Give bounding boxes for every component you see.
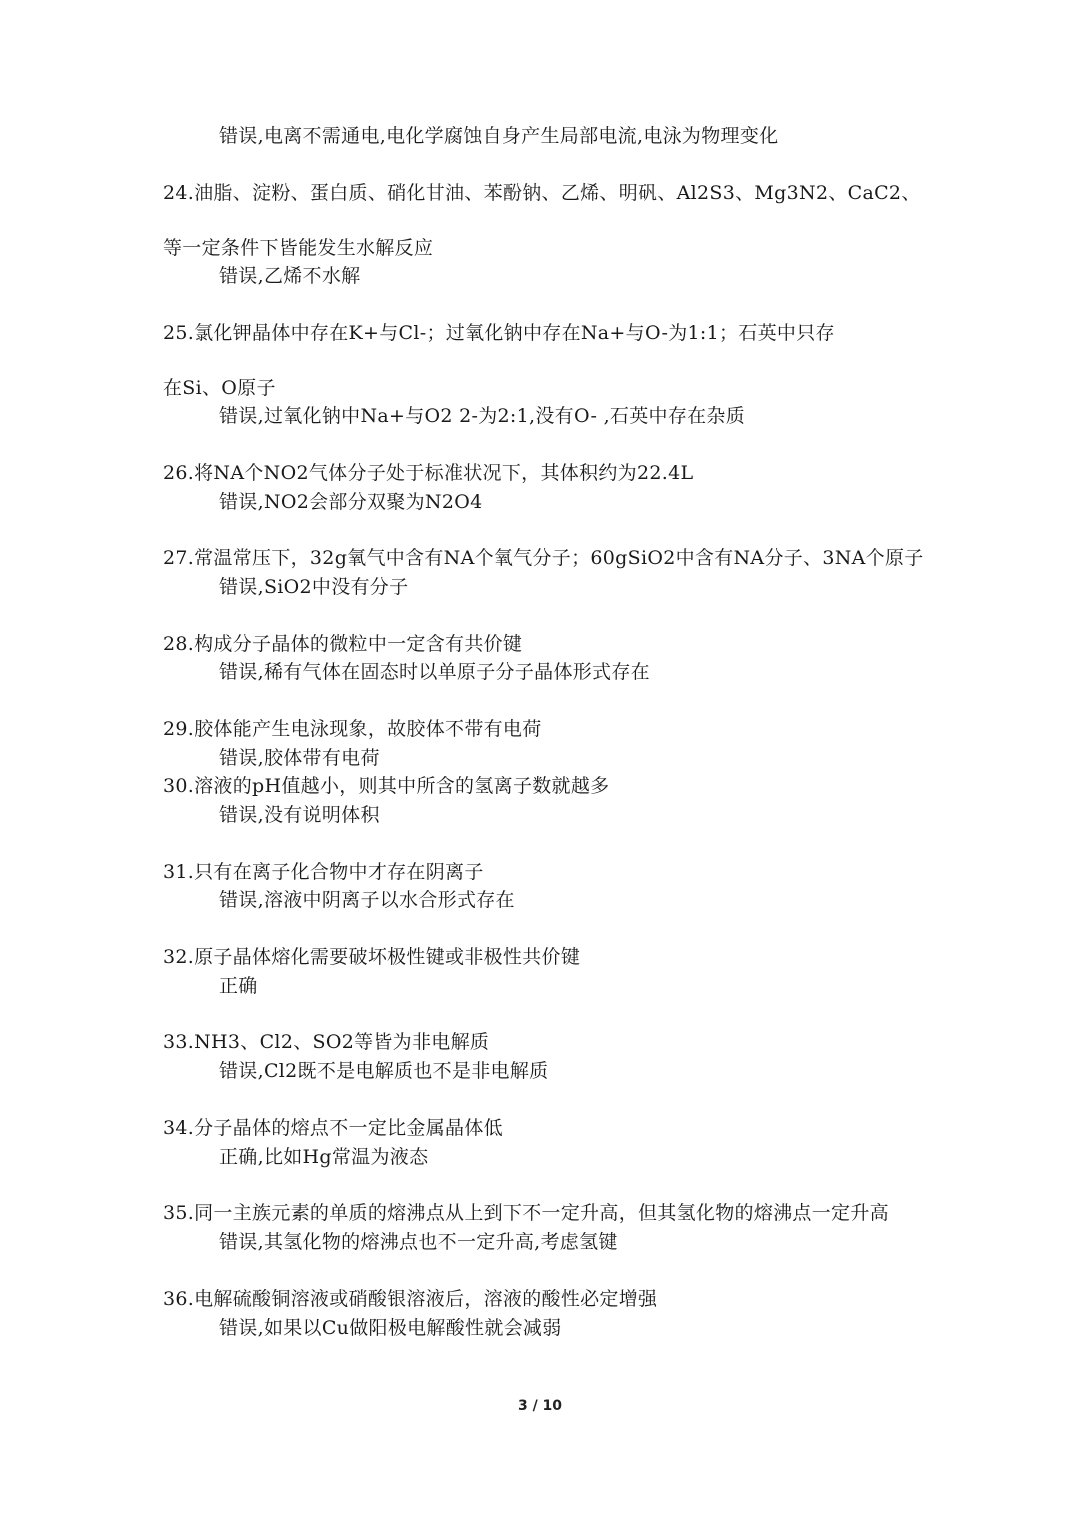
question-line: 32.原子晶体熔化需要破坏极性键或非极性共价键 (163, 945, 580, 969)
question-line: 25.氯化钾晶体中存在K+与Cl-；过氧化钠中存在Na+与O-为1:1；石英中只… (163, 321, 835, 345)
answer-line: 正确,比如Hg常温为液态 (219, 1145, 428, 1169)
answer-line: 错误,其氢化物的熔沸点也不一定升高,考虑氢键 (219, 1230, 618, 1254)
question-line: 35.同一主族元素的单质的熔沸点从上到下不一定升高，但其氢化物的熔沸点一定升高 (163, 1201, 889, 1225)
question-line: 28.构成分子晶体的微粒中一定含有共价键 (163, 632, 522, 656)
question-line: 等一定条件下皆能发生水解反应 (163, 236, 433, 260)
answer-line: 错误,如果以Cu做阳极电解酸性就会减弱 (219, 1316, 562, 1340)
question-line: 26.将NA个NO2气体分子处于标准状况下，其体积约为22.4L (163, 461, 693, 485)
answer-line: 错误,胶体带有电荷 (219, 746, 380, 770)
answer-line: 错误,电离不需通电,电化学腐蚀自身产生局部电流,电泳为物理变化 (219, 124, 778, 148)
answer-line: 错误,SiO2中没有分子 (219, 575, 408, 599)
answer-line: 错误,稀有气体在固态时以单原子分子晶体形式存在 (219, 660, 650, 684)
answer-line: 正确 (219, 974, 258, 998)
answer-line: 错误,NO2会部分双聚为N2O4 (219, 490, 483, 514)
answer-line: 错误,Cl2既不是电解质也不是非电解质 (219, 1059, 548, 1083)
document-page: 错误,电离不需通电,电化学腐蚀自身产生局部电流,电泳为物理变化24.油脂、淀粉、… (0, 0, 1080, 1528)
question-line: 36.电解硫酸铜溶液或硝酸银溶液后，溶液的酸性必定增强 (163, 1287, 657, 1311)
question-line: 27.常温常压下，32g氧气中含有NA个氧气分子；60gSiO2中含有NA分子、… (163, 546, 924, 570)
question-line: 34.分子晶体的熔点不一定比金属晶体低 (163, 1116, 503, 1140)
question-line: 30.溶液的pH值越小，则其中所含的氢离子数就越多 (163, 774, 609, 798)
answer-line: 错误,没有说明体积 (219, 803, 380, 827)
question-line: 33.NH3、Cl2、SO2等皆为非电解质 (163, 1030, 489, 1054)
question-line: 在Si、O原子 (163, 376, 276, 400)
page-number: 3 / 10 (0, 1398, 1080, 1414)
answer-line: 错误,过氧化钠中Na+与O2 2-为2:1,没有O- ,石英中存在杂质 (219, 404, 745, 428)
answer-line: 错误,溶液中阴离子以水合形式存在 (219, 888, 515, 912)
question-line: 31.只有在离子化合物中才存在阴离子 (163, 860, 484, 884)
question-line: 29.胶体能产生电泳现象，故胶体不带有电荷 (163, 717, 542, 741)
question-line: 24.油脂、淀粉、蛋白质、硝化甘油、苯酚钠、乙烯、明矾、Al2S3、Mg3N2、… (163, 181, 921, 205)
answer-line: 错误,乙烯不水解 (219, 264, 360, 288)
